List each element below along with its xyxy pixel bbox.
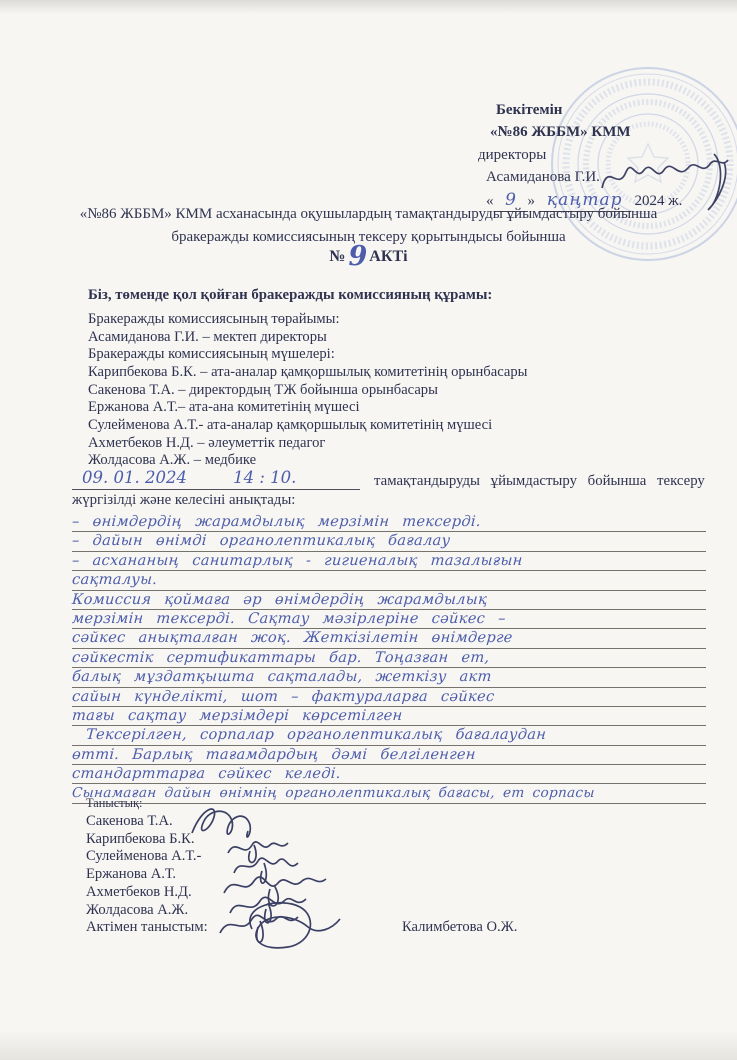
inspection-date-line: 09. 01. 2024 14 : 10. тамақтандыруды ұйы…: [72, 468, 705, 490]
commission-line: Ержанова А.Т.– ата-ана комитетінің мүшес…: [88, 399, 527, 417]
acquainted-name: Калимбетова О.Ж.: [402, 919, 517, 936]
findings-line: сақталуы.: [72, 571, 706, 590]
intro-line: Біз, төменде қол қойған бракеражды комис…: [88, 287, 492, 304]
act-label: АКТі: [369, 248, 407, 265]
inspection-time: 14 : 10.: [233, 468, 296, 487]
findings-line: сәйкестік сертификаттары бар. Тоңазған е…: [72, 649, 706, 668]
act-number-line: №9АКТі: [0, 248, 737, 266]
findings-line: – дайын өнімді органолептикалық бағалау: [72, 532, 706, 551]
findings-line: Комиссия қоймаға әр өнімдердің жарамдылы…: [72, 591, 706, 610]
findings-line: сайын күнделікті, шот – фактураларға сәй…: [72, 688, 706, 707]
commission-line: Карипбекова Б.К. – ата-аналар қамқоршылы…: [88, 364, 527, 382]
inspection-printed-line2: жүргізілді және келесіні анықтады:: [72, 492, 295, 509]
scanned-act-document: Бекітемін «№86 ЖББМ» КММ директоры Асами…: [0, 0, 737, 1060]
findings-line: балық мұздатқышта сақталады, жеткізу акт: [72, 668, 706, 687]
inspection-printed-tail: тамақтандыруды ұйымдастыру бойынша тексе…: [374, 473, 705, 490]
findings-line: – өнімдердің жарамдылық мерзімін тексерд…: [72, 513, 706, 532]
commission-line: Сулейменова А.Т.- ата-аналар қамқоршылық…: [88, 417, 527, 435]
title-line2: бракеражды комиссиясының тексеру қорытын…: [40, 226, 697, 249]
commission-line: Бракеражды комиссиясының мүшелері:: [88, 346, 527, 364]
commission-line: Сакенова Т.А. – директордың ТЖ бойынша о…: [88, 382, 527, 400]
findings-line: тағы сақтау мерзімдері көрсетілген: [72, 707, 706, 726]
findings-line: Тексерілген, сорпалар органолептикалық б…: [72, 726, 706, 745]
findings-line: – асхананың санитарлық - гигиеналық таза…: [72, 552, 706, 571]
approval-org: «№86 ЖББМ» КММ: [478, 121, 682, 143]
inspection-date: 09. 01. 2024: [82, 468, 187, 487]
findings-line: өтті. Барлық тағамдардың дәмі белгіленге…: [72, 746, 706, 765]
commission-list: Бракеражды комиссиясының төрайымы: Асами…: [88, 311, 527, 470]
act-no-prefix: №: [329, 248, 345, 265]
commission-line: Бракеражды комиссиясының төрайымы:: [88, 311, 527, 329]
inspection-datetime-handwritten: 09. 01. 2024 14 : 10.: [72, 468, 360, 490]
findings-line: мерзімін тексерді. Сақтау мәзірлеріне сә…: [72, 610, 706, 629]
approval-label: Бекітемін: [478, 99, 682, 121]
findings-line: стандарттарға сәйкес келеді.: [72, 765, 706, 784]
member-signatures: [176, 801, 396, 956]
act-no-handwritten: 9: [349, 241, 368, 272]
findings-handwritten: – өнімдердің жарамдылық мерзімін тексерд…: [72, 513, 706, 804]
director-signature: [598, 150, 734, 218]
findings-line: сәйкес анықталған жоқ. Жеткізілетін өнім…: [72, 629, 706, 648]
commission-line: Асамиданова Г.И. – мектеп директоры: [88, 329, 527, 347]
familiarized-label: Таныстық:: [86, 796, 142, 811]
commission-line: Ахметбеков Н.Д. – әлеуметтік педагог: [88, 435, 527, 453]
